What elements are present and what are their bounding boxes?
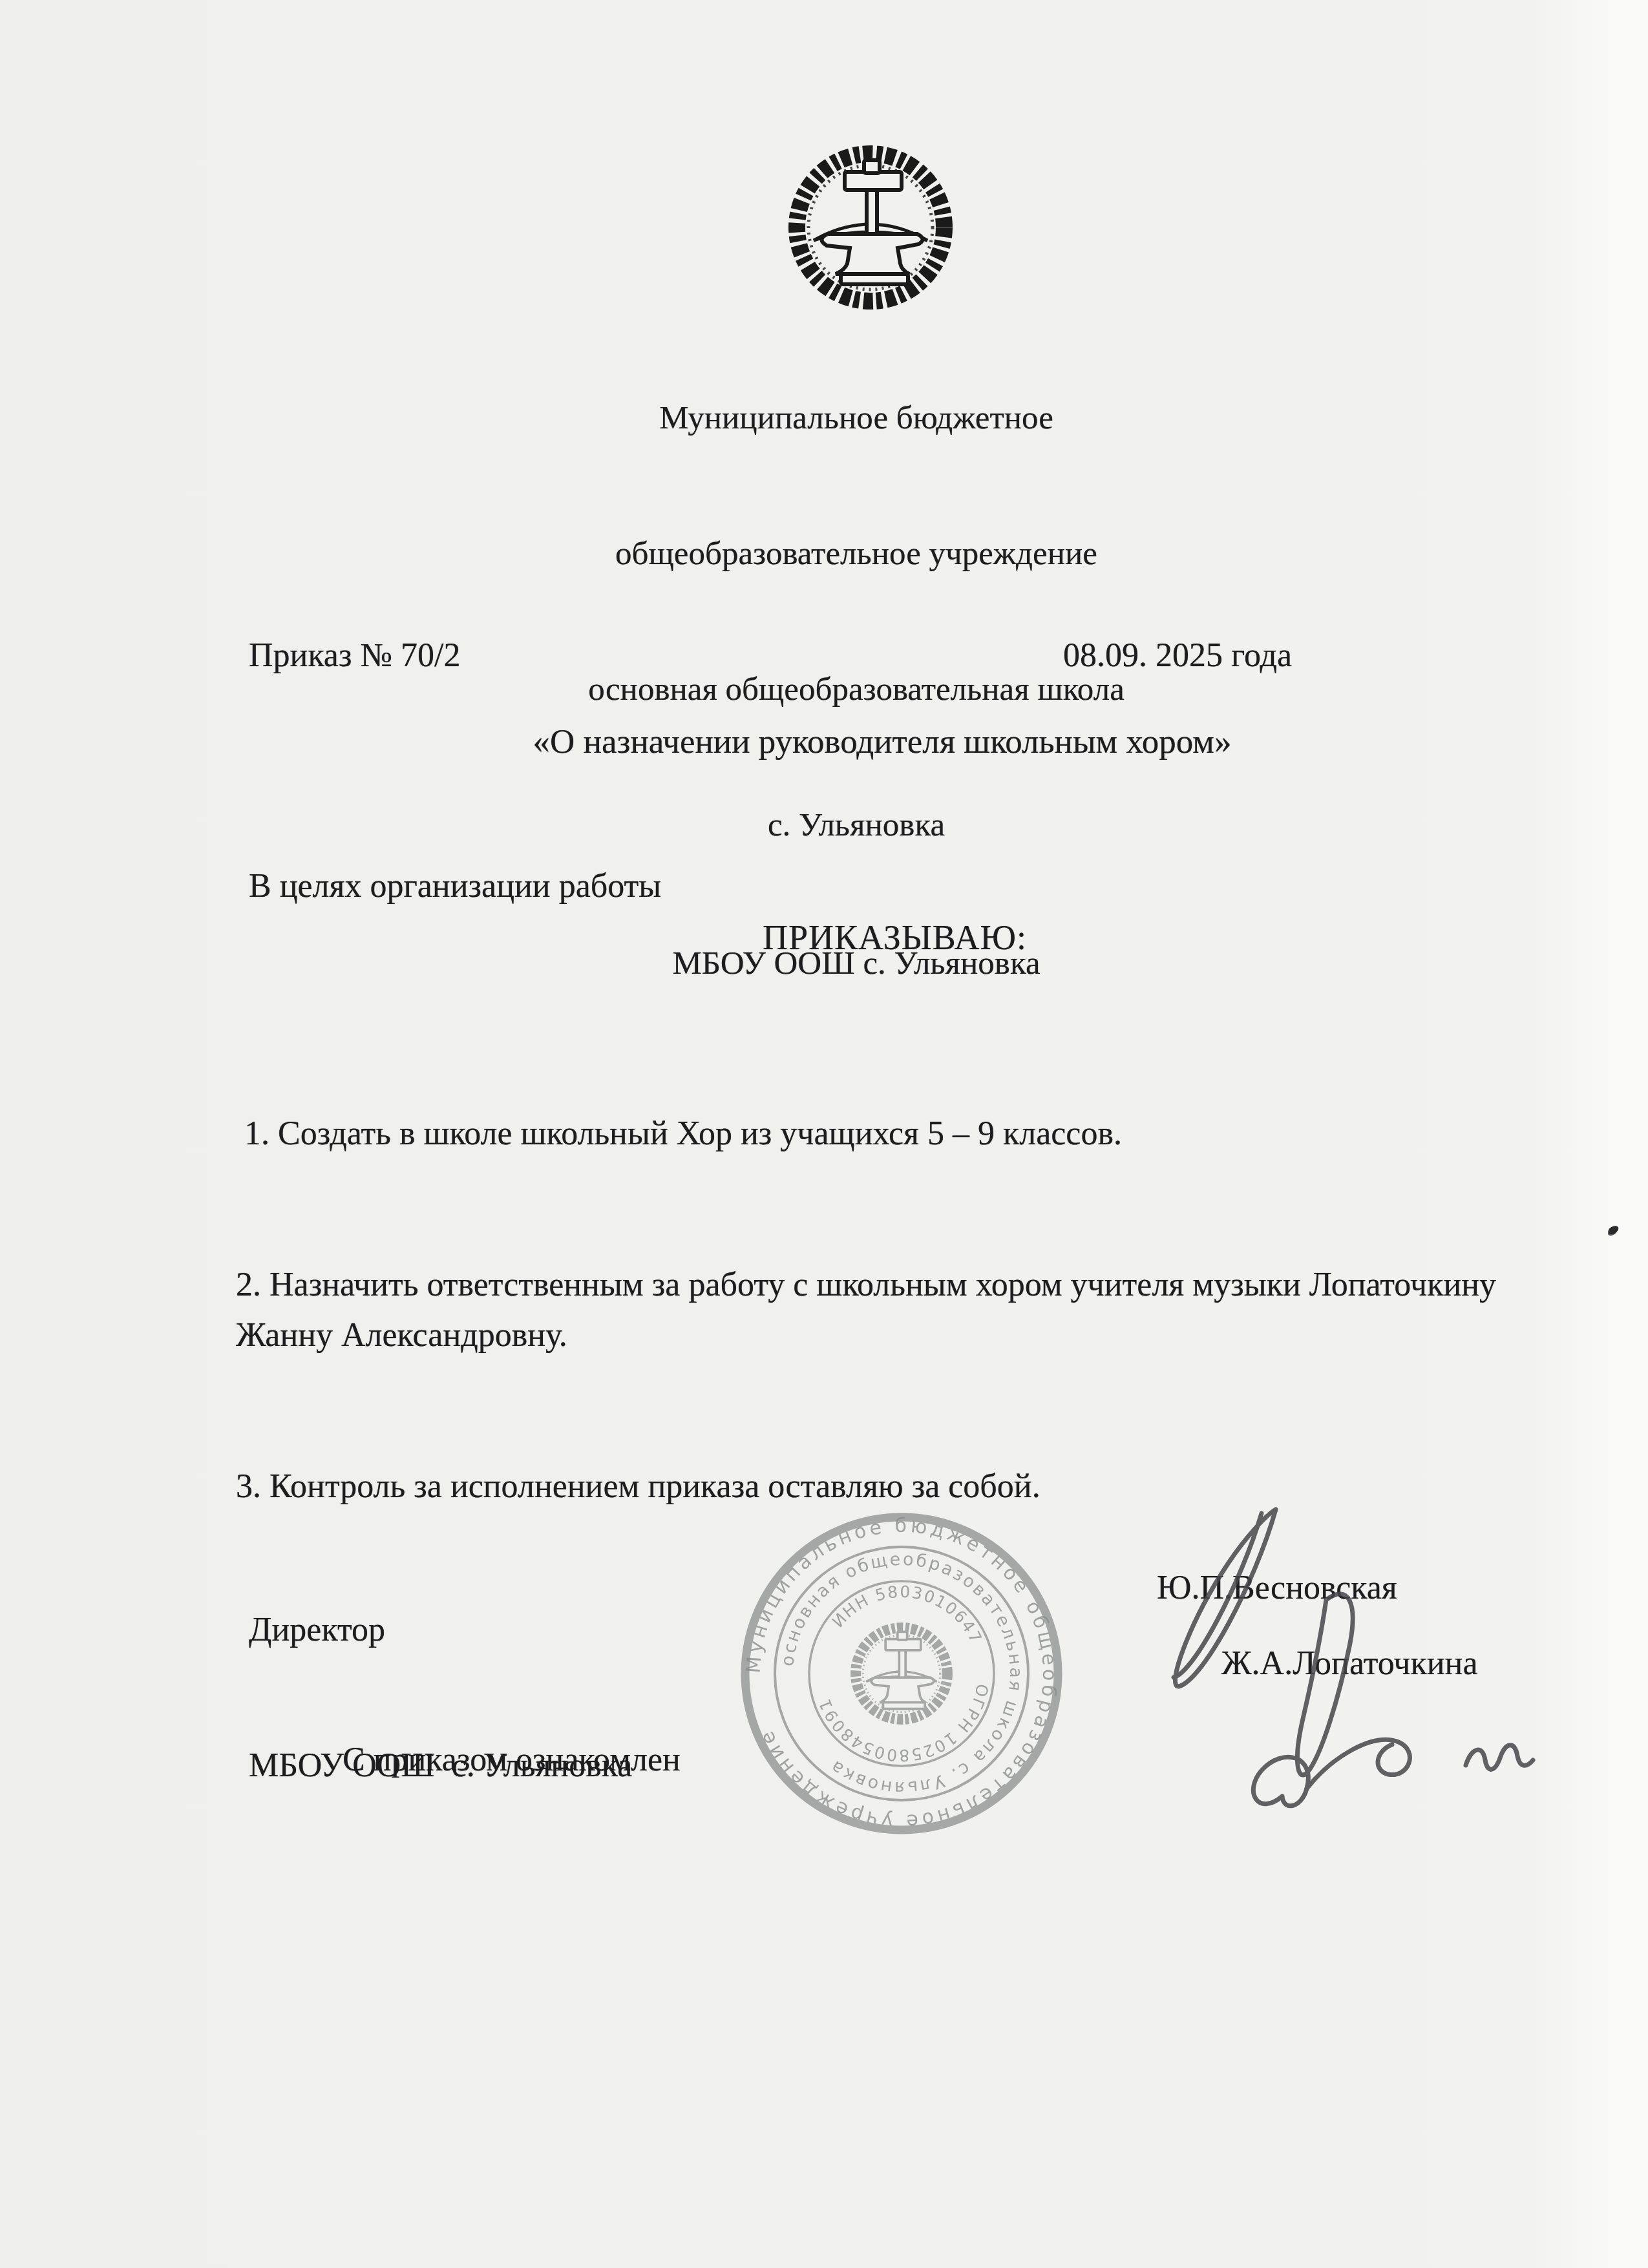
ink-speck bbox=[1607, 1224, 1620, 1235]
org-name-line-1: Муниципальное бюджетное bbox=[65, 395, 1648, 441]
paper: Муниципальное бюджетное общеобразователь… bbox=[0, 0, 1648, 2268]
org-name-line-2: общеобразовательное учреждение bbox=[65, 531, 1648, 576]
school-emblem-icon bbox=[780, 137, 961, 318]
order-purpose: В целях организации работы bbox=[249, 867, 661, 905]
round-seal-stamp: Муниципальное бюджетное общеобразователь… bbox=[711, 1486, 1583, 1861]
acknowledgement-label: С приказом ознакомлен bbox=[343, 1741, 681, 1779]
order-title: «О назначении руководителя школьным хоро… bbox=[0, 722, 1648, 761]
decree-word: ПРИКАЗЫВАЮ: bbox=[763, 918, 1027, 958]
order-number: Приказ № 70/2 bbox=[249, 636, 461, 675]
director-signature-block: Директор МБОУ ООШ с. Ульяновка bbox=[249, 1517, 632, 1879]
seal-center-emblem bbox=[856, 1628, 947, 1719]
signature-ink bbox=[1174, 1509, 1533, 1806]
order-item-1: 1. Создать в школе школьный Хор из учащи… bbox=[236, 1109, 1528, 1159]
director-title: Директор bbox=[249, 1608, 632, 1653]
order-date: 08.09. 2025 года bbox=[1063, 636, 1292, 675]
org-name-line-4: с. Ульяновка bbox=[65, 803, 1648, 848]
org-header: Муниципальное бюджетное общеобразователь… bbox=[0, 305, 1648, 1076]
order-item-2: 2. Назначить ответственным за работу с ш… bbox=[236, 1260, 1528, 1361]
